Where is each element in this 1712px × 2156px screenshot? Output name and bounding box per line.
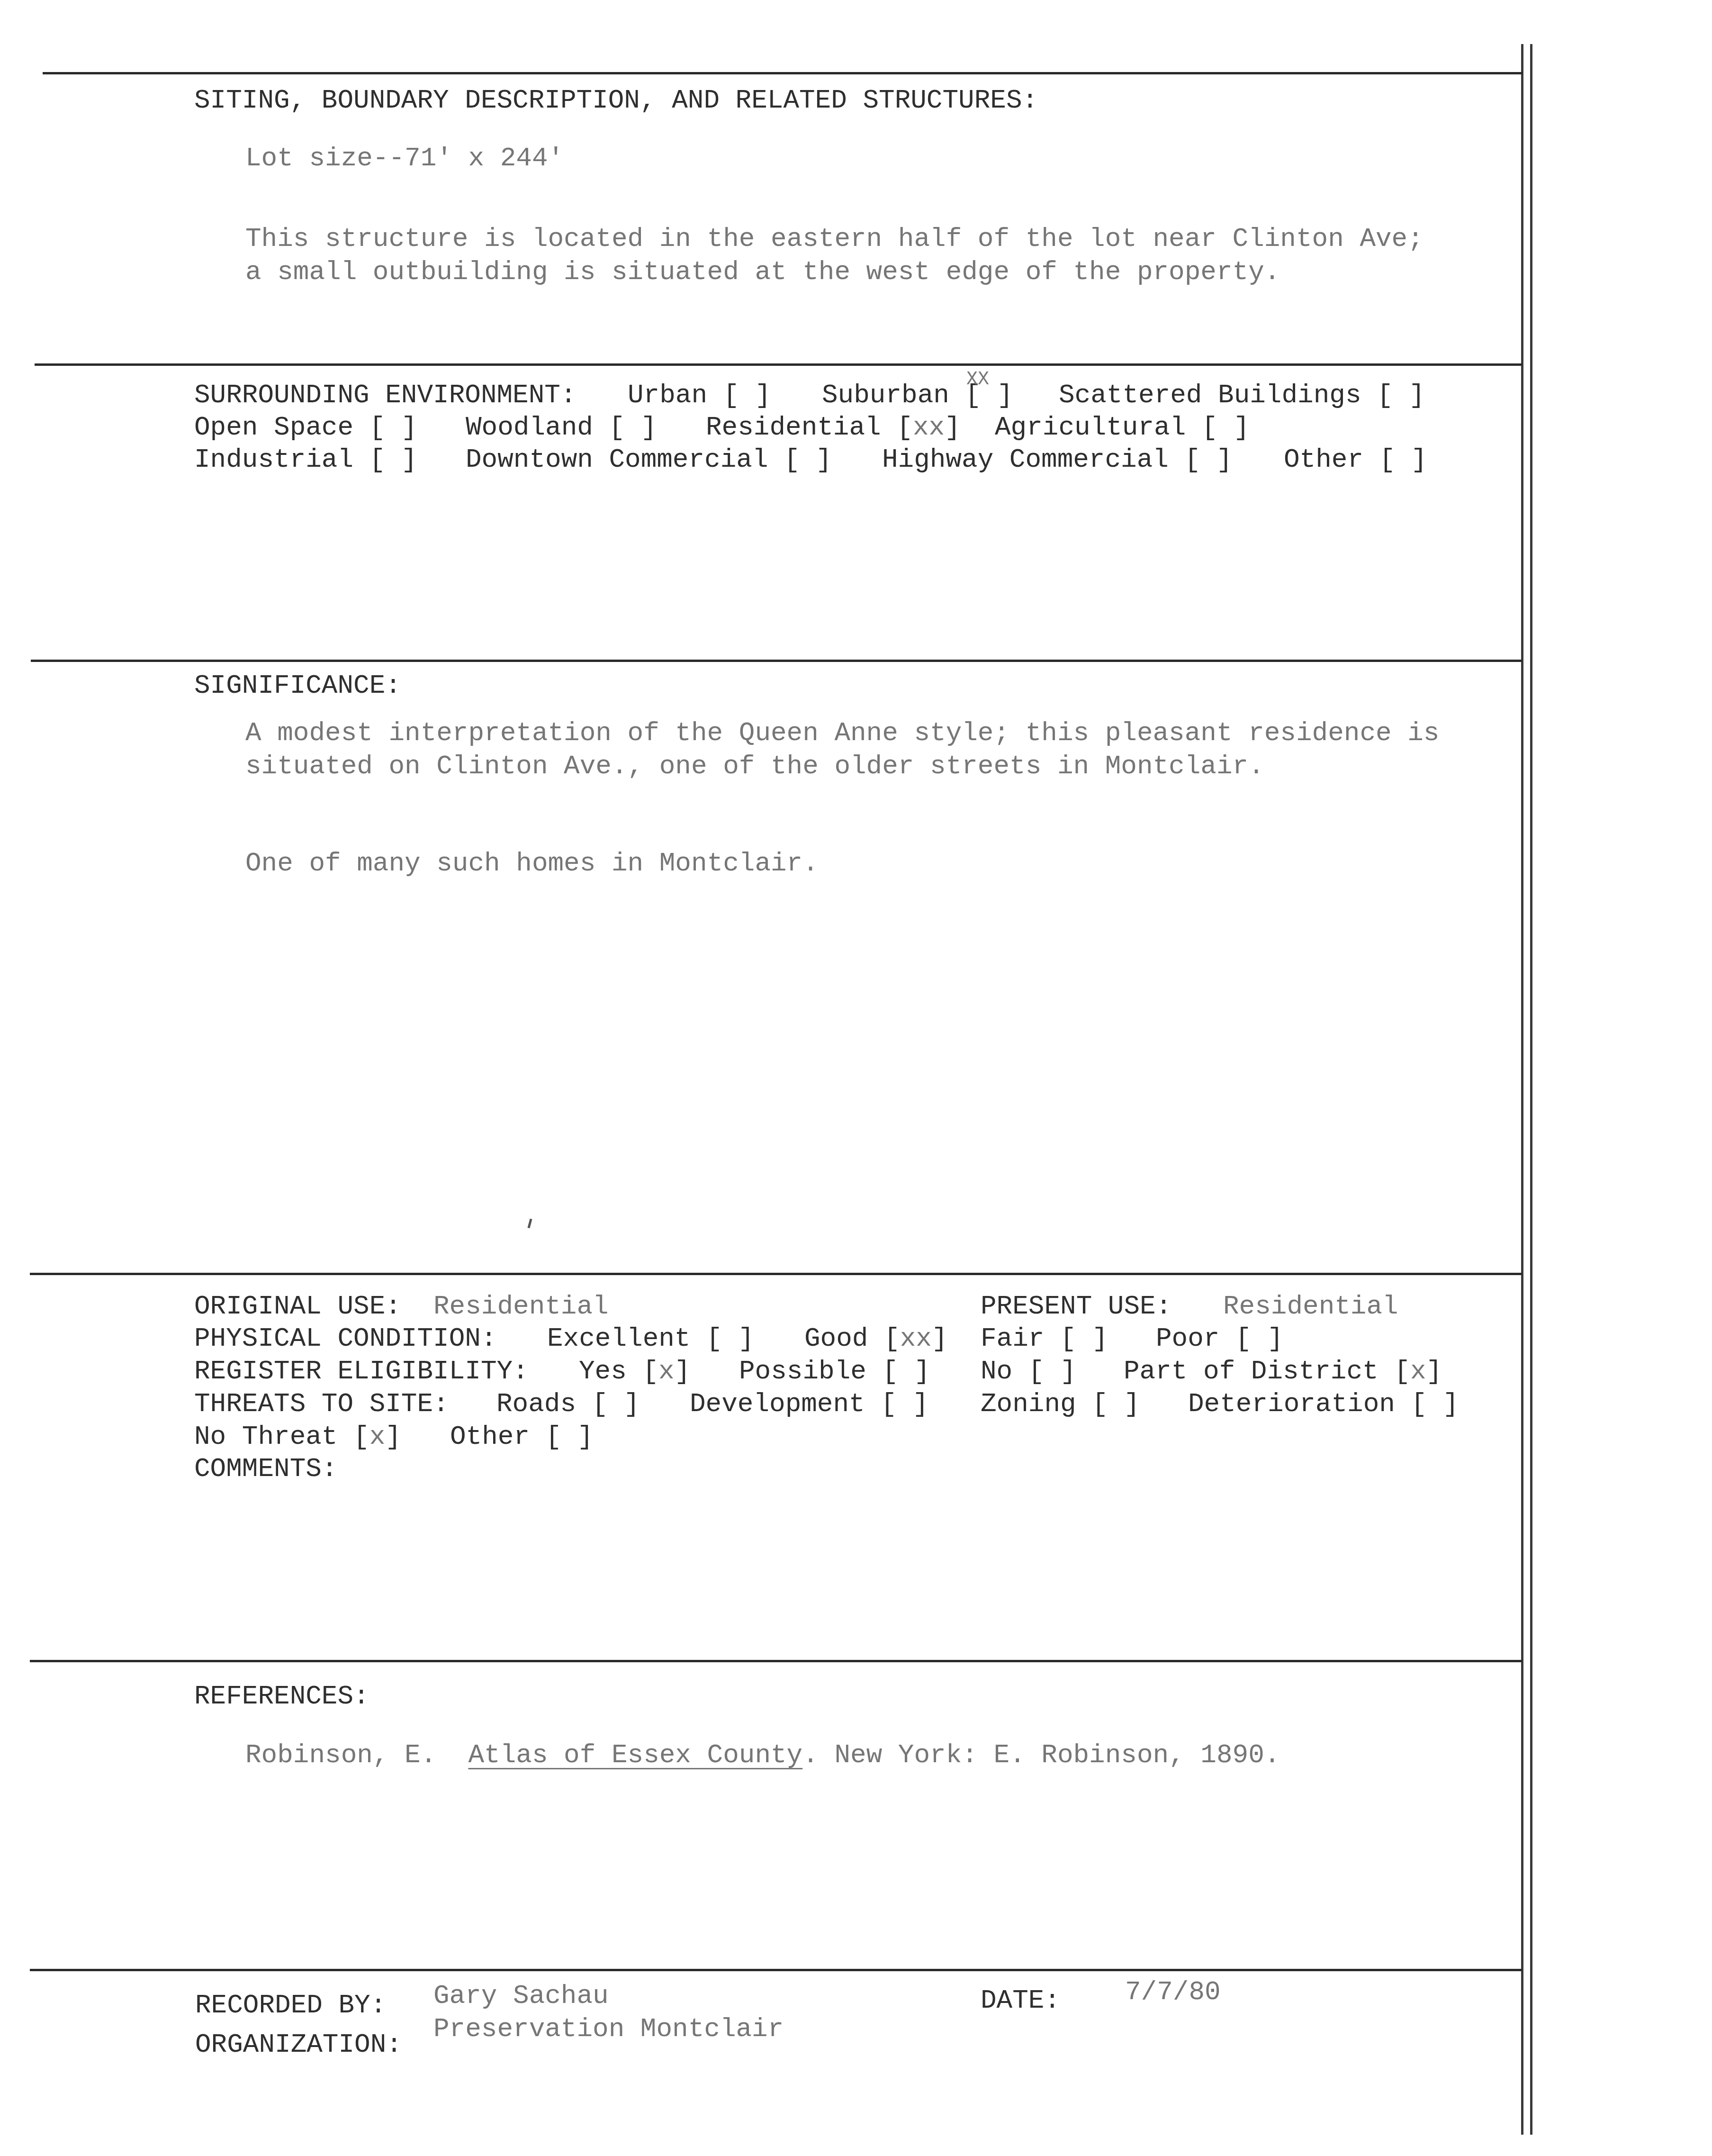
env-suburban-checkbox-mark[interactable]: XX xyxy=(966,371,989,390)
threat-other-label: Other xyxy=(450,1422,530,1452)
divider-recorder xyxy=(30,1969,1522,1971)
env-option-highway-commercial[interactable]: Highway Commercial [ ] xyxy=(882,444,1232,475)
date-label: DATE: xyxy=(981,1985,1060,2016)
divider-status xyxy=(30,1273,1522,1275)
env-option-downtown-commercial[interactable]: Downtown Commercial [ ] xyxy=(466,444,832,475)
register-yes-checkbox[interactable]: x xyxy=(658,1356,675,1386)
physical-condition-label: PHYSICAL CONDITION: xyxy=(194,1323,497,1354)
right-border-outer xyxy=(1530,44,1532,2135)
env-agricultural-label: Agricultural xyxy=(995,412,1186,443)
condition-good-label: Good xyxy=(804,1323,868,1354)
siting-description-line-2: a small outbuilding is situated at the w… xyxy=(245,257,1280,287)
threat-development-label: Development xyxy=(690,1389,865,1419)
env-option-residential[interactable]: Residential [xx] xyxy=(706,412,961,443)
divider-environment xyxy=(35,363,1522,366)
threat-zoning-checkbox[interactable] xyxy=(1108,1389,1124,1419)
threat-roads-label: Roads xyxy=(496,1389,576,1419)
condition-fair-checkbox[interactable] xyxy=(1076,1323,1092,1354)
reference-author: Robinson, E. xyxy=(245,1740,436,1770)
references-heading: REFERENCES: xyxy=(194,1681,369,1712)
threat-none-label: No Threat xyxy=(194,1422,337,1452)
siting-heading: SITING, BOUNDARY DESCRIPTION, AND RELATE… xyxy=(194,85,1038,116)
env-agricultural-checkbox[interactable] xyxy=(1217,412,1234,443)
env-open-space-label: Open Space xyxy=(194,412,353,443)
env-urban-label: Urban xyxy=(628,380,707,410)
siting-description-line-1: This structure is located in the eastern… xyxy=(245,224,1424,254)
reference-publication: . New York: E. Robinson, 1890. xyxy=(802,1740,1280,1770)
comments-label: COMMENTS: xyxy=(194,1454,337,1484)
register-no[interactable]: No [ ] xyxy=(981,1356,1076,1386)
threat-roads-checkbox[interactable] xyxy=(608,1389,624,1419)
right-border-inner xyxy=(1521,44,1523,2135)
env-woodland-label: Woodland xyxy=(466,412,593,443)
present-use-label: PRESENT USE: xyxy=(981,1291,1171,1322)
threat-zoning-label: Zoning xyxy=(981,1389,1076,1419)
organization-value: Preservation Montclair xyxy=(433,2014,784,2044)
significance-line-1: A modest interpretation of the Queen Ann… xyxy=(245,718,1439,748)
significance-line-3: One of many such homes in Montclair. xyxy=(245,848,819,879)
register-possible-checkbox[interactable] xyxy=(898,1356,914,1386)
condition-poor[interactable]: Poor [ ] xyxy=(1156,1323,1283,1354)
lot-size: Lot size--71' x 244' xyxy=(245,143,564,173)
original-use-label: ORIGINAL USE: xyxy=(194,1291,401,1322)
env-highway-label: Highway Commercial xyxy=(882,444,1169,475)
register-yes[interactable]: Yes [x] xyxy=(579,1356,690,1386)
register-eligibility-label: REGISTER ELIGIBILITY: xyxy=(194,1356,529,1386)
env-option-urban[interactable]: Urban [ ] xyxy=(628,380,771,410)
register-part-of-district[interactable]: Part of District [x] xyxy=(1124,1356,1442,1386)
env-downtown-label: Downtown Commercial xyxy=(466,444,768,475)
date-value: 7/7/80 xyxy=(1125,1977,1221,2007)
recorded-by-value: Gary Sachau xyxy=(433,1981,609,2011)
env-other-checkbox[interactable] xyxy=(1395,444,1411,475)
env-open-space-checkbox[interactable] xyxy=(385,412,401,443)
env-residential-label: Residential xyxy=(706,412,881,443)
divider-references xyxy=(30,1660,1522,1662)
env-option-industrial[interactable]: Industrial [ ] xyxy=(194,444,417,475)
organization-label: ORGANIZATION: xyxy=(195,2029,402,2060)
env-option-scattered-buildings[interactable]: Scattered Buildings [ ] xyxy=(1059,380,1425,410)
significance-heading: SIGNIFICANCE: xyxy=(194,670,401,701)
condition-excellent-checkbox[interactable] xyxy=(722,1323,739,1354)
env-industrial-label: Industrial xyxy=(194,444,353,475)
register-possible-label: Possible xyxy=(739,1356,866,1386)
significance-line-2: situated on Clinton Ave., one of the old… xyxy=(245,751,1264,781)
env-residential-checkbox[interactable]: xx xyxy=(913,412,945,443)
register-district-label: Part of District xyxy=(1124,1356,1379,1386)
threat-none-checkbox[interactable]: x xyxy=(369,1422,386,1452)
env-suburban-label: Suburban xyxy=(822,380,949,410)
present-use-value: Residential xyxy=(1223,1291,1398,1322)
env-industrial-checkbox[interactable] xyxy=(385,444,401,475)
divider-top xyxy=(43,72,1523,74)
condition-fair[interactable]: Fair [ ] xyxy=(981,1323,1108,1354)
register-yes-label: Yes xyxy=(579,1356,627,1386)
env-option-other[interactable]: Other [ ] xyxy=(1284,444,1427,475)
condition-poor-label: Poor xyxy=(1156,1323,1219,1354)
reference-title: Atlas of Essex County xyxy=(468,1740,802,1770)
condition-excellent[interactable]: Excellent [ ] xyxy=(547,1323,754,1354)
environment-heading: SURROUNDING ENVIRONMENT: xyxy=(194,380,577,410)
divider-significance xyxy=(31,660,1522,662)
env-highway-checkbox[interactable] xyxy=(1200,444,1216,475)
env-scattered-checkbox[interactable] xyxy=(1393,380,1409,410)
env-downtown-checkbox[interactable] xyxy=(800,444,816,475)
threat-development-checkbox[interactable] xyxy=(897,1389,913,1419)
env-option-woodland[interactable]: Woodland [ ] xyxy=(466,412,657,443)
threat-no-threat[interactable]: No Threat [x] xyxy=(194,1422,401,1452)
env-option-open-space[interactable]: Open Space [ ] xyxy=(194,412,417,443)
threat-development[interactable]: Development [ ] xyxy=(690,1389,928,1419)
threat-deterioration-checkbox[interactable] xyxy=(1427,1389,1443,1419)
condition-excellent-label: Excellent xyxy=(547,1323,690,1354)
threat-roads[interactable]: Roads [ ] xyxy=(496,1389,640,1419)
condition-good[interactable]: Good [xx] xyxy=(804,1323,947,1354)
threat-deterioration-label: Deterioration xyxy=(1188,1389,1395,1419)
original-use-value: Residential xyxy=(433,1291,609,1322)
register-no-label: No xyxy=(981,1356,1012,1386)
env-woodland-checkbox[interactable] xyxy=(625,412,641,443)
threat-deterioration[interactable]: Deterioration [ ] xyxy=(1188,1389,1459,1419)
threat-other[interactable]: Other [ ] xyxy=(450,1422,593,1452)
reference-entry: Robinson, E. Atlas of Essex County. New … xyxy=(245,1740,1280,1770)
threat-other-checkbox[interactable] xyxy=(561,1422,577,1452)
condition-good-checkbox[interactable]: xx xyxy=(900,1323,932,1354)
threats-label: THREATS TO SITE: xyxy=(194,1389,449,1419)
threat-zoning[interactable]: Zoning [ ] xyxy=(981,1389,1140,1419)
recorded-by-label: RECORDED BY: xyxy=(195,1990,386,2020)
stray-mark xyxy=(527,1219,532,1229)
env-other-label: Other xyxy=(1284,444,1363,475)
env-urban-checkbox[interactable] xyxy=(739,380,755,410)
condition-poor-checkbox[interactable] xyxy=(1252,1323,1268,1354)
env-option-agricultural[interactable]: Agricultural [ ] xyxy=(995,412,1250,443)
register-no-checkbox[interactable] xyxy=(1044,1356,1060,1386)
register-possible[interactable]: Possible [ ] xyxy=(739,1356,930,1386)
env-scattered-label: Scattered Buildings xyxy=(1059,380,1361,410)
condition-fair-label: Fair xyxy=(981,1323,1044,1354)
register-district-checkbox[interactable]: x xyxy=(1410,1356,1426,1386)
